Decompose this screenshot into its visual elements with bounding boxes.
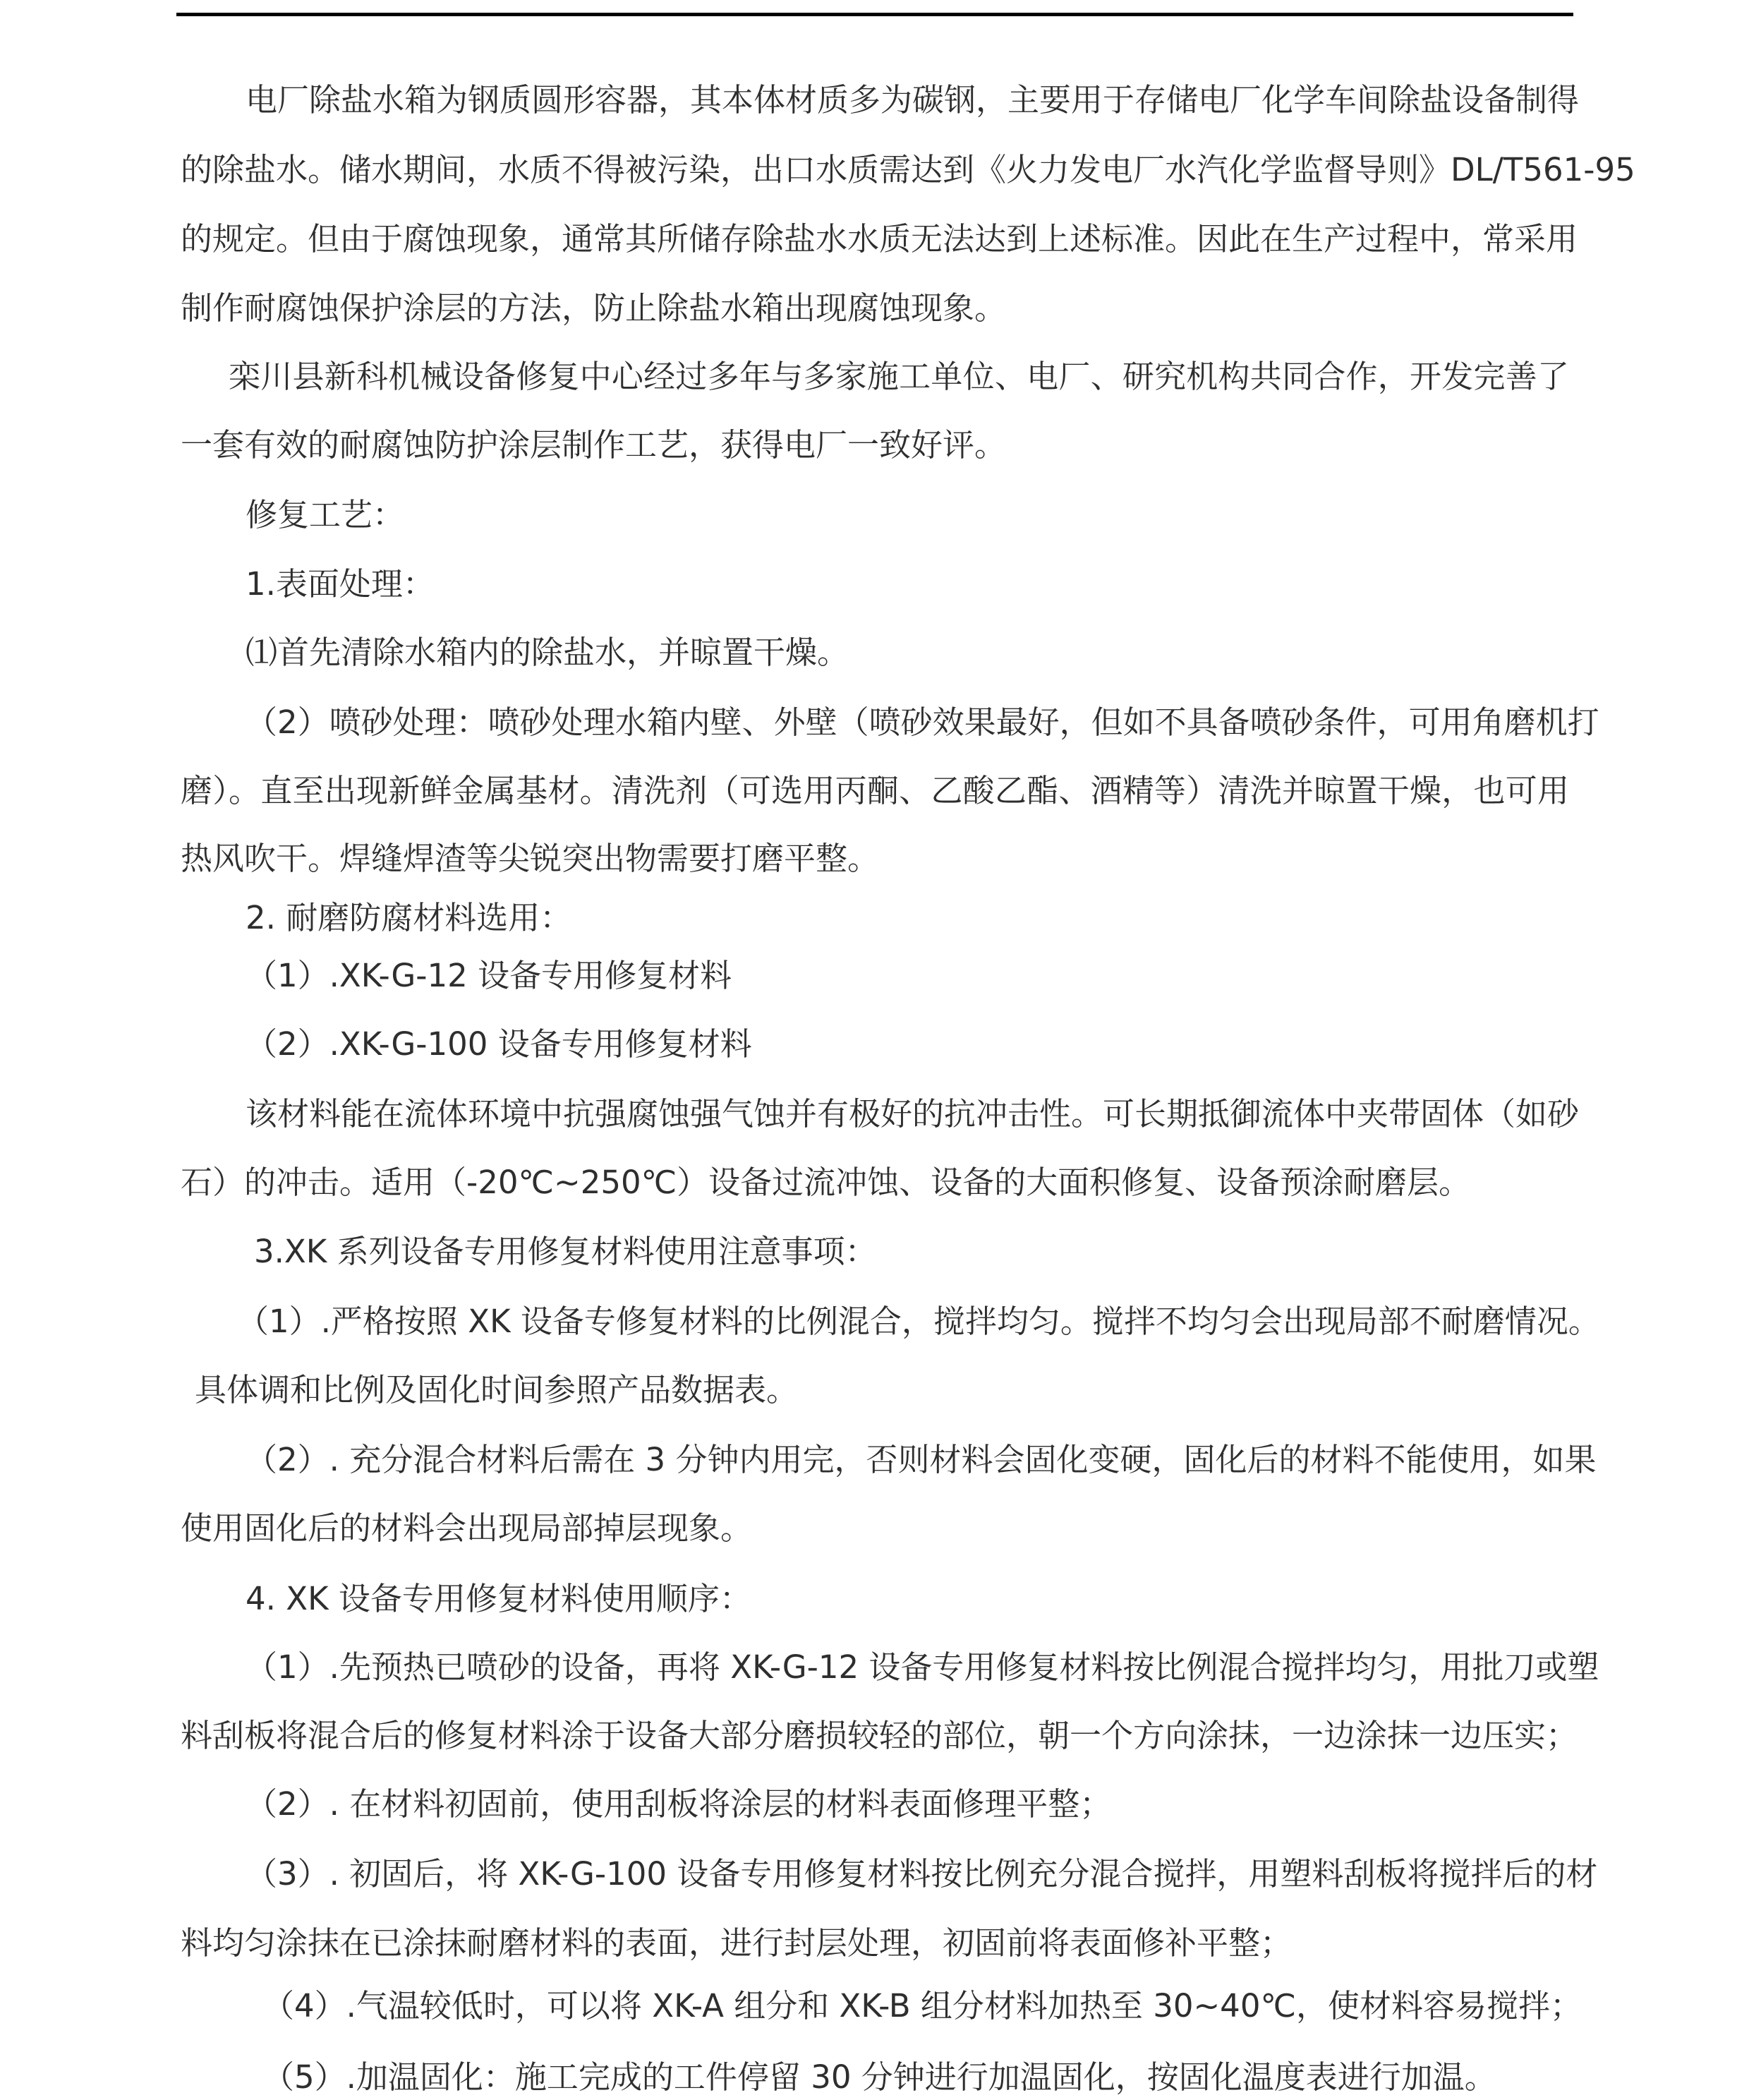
- section1-item2-line-3: 热风吹干。焊缝焊渣等尖锐突出物需要打磨平整。: [181, 839, 879, 879]
- section2-desc-line-1: 该材料能在流体环境中抗强腐蚀强气蚀并有极好的抗冲击性。可长期抵御流体中夹带固体（…: [246, 1094, 1569, 1134]
- section2-title: 2. 耐磨防腐材料选用：: [246, 898, 571, 938]
- section3-item2-line-1: （2）. 充分混合材料后需在 3 分钟内用完，否则材料会固化变硬，固化后的材料不…: [246, 1440, 1569, 1480]
- section3-title: 3.XK 系列设备专用修复材料使用注意事项：: [254, 1232, 877, 1272]
- intro-line-4: 制作耐腐蚀保护涂层的方法，防止除盐水箱出现腐蚀现象。: [181, 289, 1006, 328]
- process-title: 修复工艺：: [246, 495, 404, 535]
- section3-item2-line-2: 使用固化后的材料会出现局部掉层现象。: [181, 1509, 752, 1548]
- intro-line-1: 电厂除盐水箱为钢质圆形容器，其本体材质多为碳钢，主要用于存储电厂化学车间除盐设备…: [246, 80, 1569, 120]
- section3-item1-line-1: （1）.严格按照 XK 设备专修复材料的比例混合，搅拌均匀。搅拌不均匀会出现局部…: [237, 1302, 1569, 1341]
- header-rule: [176, 13, 1573, 16]
- document-page: 电厂除盐水箱为钢质圆形容器，其本体材质多为碳钢，主要用于存储电厂化学车间除盐设备…: [0, 0, 1749, 2100]
- intro-line-2: 的除盐水。储水期间，水质不得被污染，出口水质需达到《火力发电厂水汽化学监督导则》…: [181, 150, 1569, 190]
- section1-item2-line-1: （2）喷砂处理：喷砂处理水箱内壁、外壁（喷砂效果最好，但如不具备喷砂条件，可用角…: [246, 703, 1569, 742]
- section4-title: 4. XK 设备专用修复材料使用顺序：: [246, 1579, 751, 1619]
- section4-item5: （5）.加温固化：施工完成的工件停留 30 分钟进行加温固化，按固化温度表进行加…: [262, 2058, 1496, 2097]
- section2-desc-line-2: 石）的冲击。适用（-20℃~250℃）设备过流冲蚀、设备的大面积修复、设备预涂耐…: [181, 1163, 1470, 1202]
- section4-item3-line-1: （3）. 初固后，将 XK-G-100 设备专用修复材料按比例充分混合搅拌，用塑…: [246, 1854, 1569, 1894]
- section2-item2: （2）.XK-G-100 设备专用修复材料: [246, 1025, 752, 1064]
- company-line-2: 一套有效的耐腐蚀防护涂层制作工艺，获得电厂一致好评。: [181, 426, 1006, 465]
- section4-item1-line-1: （1）.先预热已喷砂的设备，再将 XK-G-12 设备专用修复材料按比例混合搅拌…: [246, 1648, 1569, 1687]
- company-line-1: 栾川县新科机械设备修复中心经过多年与多家施工单位、电厂、研究机构共同合作，开发完…: [229, 357, 1569, 397]
- section3-item1-line-2: 具体调和比例及固化时间参照产品数据表。: [195, 1370, 798, 1410]
- section1-title: 1.表面处理：: [246, 565, 435, 604]
- section1-item1: ⑴首先清除水箱内的除盐水，并晾置干燥。: [246, 633, 849, 672]
- section4-item3-line-2: 料均匀涂抹在已涂抹耐磨材料的表面，进行封层处理，初固前将表面修补平整；: [181, 1924, 1292, 1963]
- section2-item1: （1）.XK-G-12 设备专用修复材料: [246, 956, 732, 996]
- section4-item4: （4）.气温较低时，可以将 XK-A 组分和 XK-B 组分材料加热至 30~4…: [262, 1986, 1582, 2026]
- section4-item2: （2）. 在材料初固前，使用刮板将涂层的材料表面修理平整；: [246, 1785, 1111, 1824]
- intro-line-3: 的规定。但由于腐蚀现象，通常其所储存除盐水水质无法达到上述标准。因此在生产过程中…: [181, 219, 1569, 259]
- section4-item1-line-2: 料刮板将混合后的修复材料涂于设备大部分磨损较轻的部位，朝一个方向涂抹，一边涂抹一…: [181, 1716, 1569, 1756]
- section1-item2-line-2: 磨）。直至出现新鲜金属基材。清洗剂（可选用丙酮、乙酸乙酯、酒精等）清洗并晾置干燥…: [181, 771, 1569, 811]
